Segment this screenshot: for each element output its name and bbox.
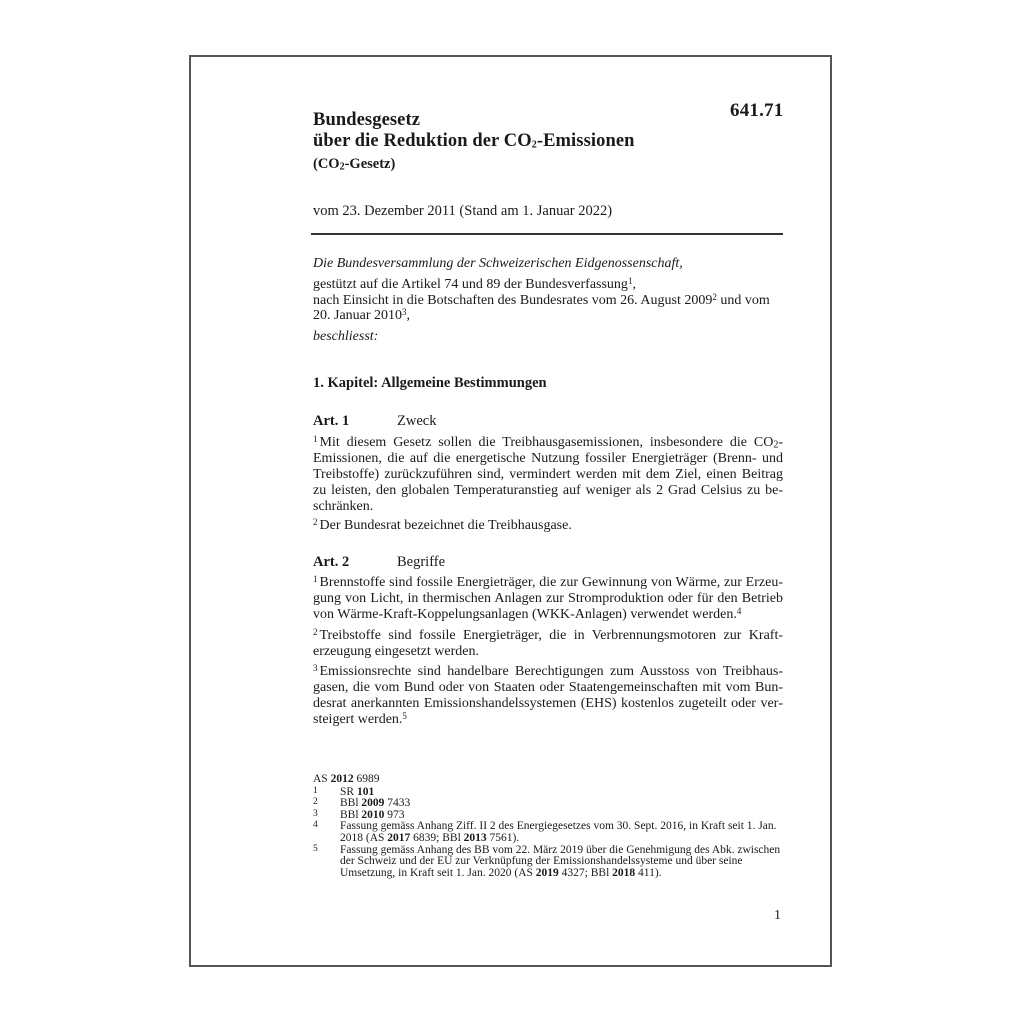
chapter-heading: 1. Kapitel: Allgemeine Bestimmungen (313, 375, 547, 392)
abbr-text: (CO (313, 156, 340, 172)
basis-text: , (632, 277, 636, 292)
abbr-text: -Gesetz) (345, 156, 396, 172)
article-2-paragraph-1: 1Brennstoffe sind fossile Energieträger,… (313, 575, 783, 623)
footnote-ref[interactable]: 5 (402, 711, 407, 721)
article-number: Art. 2 (313, 554, 397, 571)
footnote-text: Fassung gemäss Anhang Ziff. II 2 des Ene… (340, 821, 783, 844)
footnote-number: 5 (313, 844, 340, 879)
article-2-paragraph-3: 3Emissionsrechte sind handelbare Berecht… (313, 664, 783, 728)
article-title: Zweck (397, 413, 436, 429)
enactment-date: vom 23. Dezember 2011 (Stand am 1. Janua… (313, 203, 612, 220)
paragraph-number: 1 (313, 574, 318, 584)
law-title-line-1: Bundesgesetz (313, 110, 635, 131)
title-text: über die Reduktion der CO (313, 131, 532, 151)
footnote-number: 2 (313, 797, 340, 809)
page-number: 1 (774, 908, 781, 924)
as-page: 6989 (354, 773, 380, 785)
paragraph-text: Mit diesem Gesetz sollen die Treibhausga… (320, 435, 774, 450)
enacting-body: Die Bundesversammlung der Schweizerische… (313, 256, 783, 272)
basis-text: gestützt auf die Artikel 74 und 89 der B… (313, 277, 628, 292)
preamble-basis: gestützt auf die Artikel 74 und 89 der B… (313, 277, 783, 293)
article-1-paragraph-2: 2Der Bundesrat bezeichnet die Treibhausg… (313, 518, 783, 534)
header-divider (311, 233, 783, 235)
preamble: Die Bundesversammlung der Schweizerische… (313, 256, 783, 350)
footnote-number: 3 (313, 809, 340, 821)
messages-text: nach Einsicht in die Botschaften des Bun… (313, 293, 712, 308)
messages-text: , (407, 308, 411, 323)
footnote-list: 1SR 1012BBl 2009 74333BBl 2010 9734Fassu… (313, 787, 783, 880)
article-2-heading: Art. 2Begriffe (313, 554, 783, 571)
paragraph-text: Emissionsrechte sind handelbare Berechti… (313, 664, 783, 727)
as-year: 2012 (331, 773, 354, 785)
footnote-ref[interactable]: 4 (737, 606, 742, 616)
paragraph-number: 3 (313, 663, 318, 673)
paragraph-number: 2 (313, 517, 318, 527)
as-prefix: AS (313, 773, 331, 785)
law-abbreviation: (CO2-Gesetz) (313, 156, 395, 173)
article-1-paragraph-1: 1Mit diesem Gesetz sollen die Treibhausg… (313, 435, 783, 515)
preamble-messages: nach Einsicht in die Botschaften des Bun… (313, 293, 783, 325)
law-title-line-2: über die Reduktion der CO2-Emissionen (313, 131, 635, 152)
footnotes: AS 2012 6989 1SR 1012BBl 2009 74333BBl 2… (313, 774, 783, 879)
paragraph-text: Der Bundesrat bezeichnet die Treibhausga… (320, 518, 572, 533)
law-title: Bundesgesetz über die Reduktion der CO2-… (313, 110, 635, 152)
footnote-text: BBl 2009 7433 (340, 798, 783, 810)
article-title: Begriffe (397, 554, 445, 570)
footnote-item: 5Fassung gemäss Anhang des BB vom 22. Mä… (313, 845, 783, 880)
title-text: -Emissionen (537, 131, 635, 151)
official-collection-ref: AS 2012 6989 (313, 774, 783, 786)
systematic-number: 641.71 (730, 100, 783, 122)
footnote-text: Fassung gemäss Anhang des BB vom 22. Mär… (340, 845, 783, 880)
resolves: beschliesst: (313, 329, 783, 345)
paragraph-text: Brennstoffe sind fossile Energieträger, … (313, 575, 783, 622)
article-2-paragraph-2: 2Treibstoffe sind fossile Energieträger,… (313, 628, 783, 660)
footnote-item: 4Fassung gemäss Anhang Ziff. II 2 des En… (313, 821, 783, 844)
article-1-heading: Art. 1Zweck (313, 413, 783, 430)
footnote-number: 4 (313, 820, 340, 843)
paragraph-number: 1 (313, 434, 318, 444)
paragraph-number: 2 (313, 627, 318, 637)
footnote-number: 1 (313, 786, 340, 798)
article-number: Art. 1 (313, 413, 397, 430)
paragraph-text: Treibstoffe sind fossile Energieträger, … (313, 628, 783, 659)
